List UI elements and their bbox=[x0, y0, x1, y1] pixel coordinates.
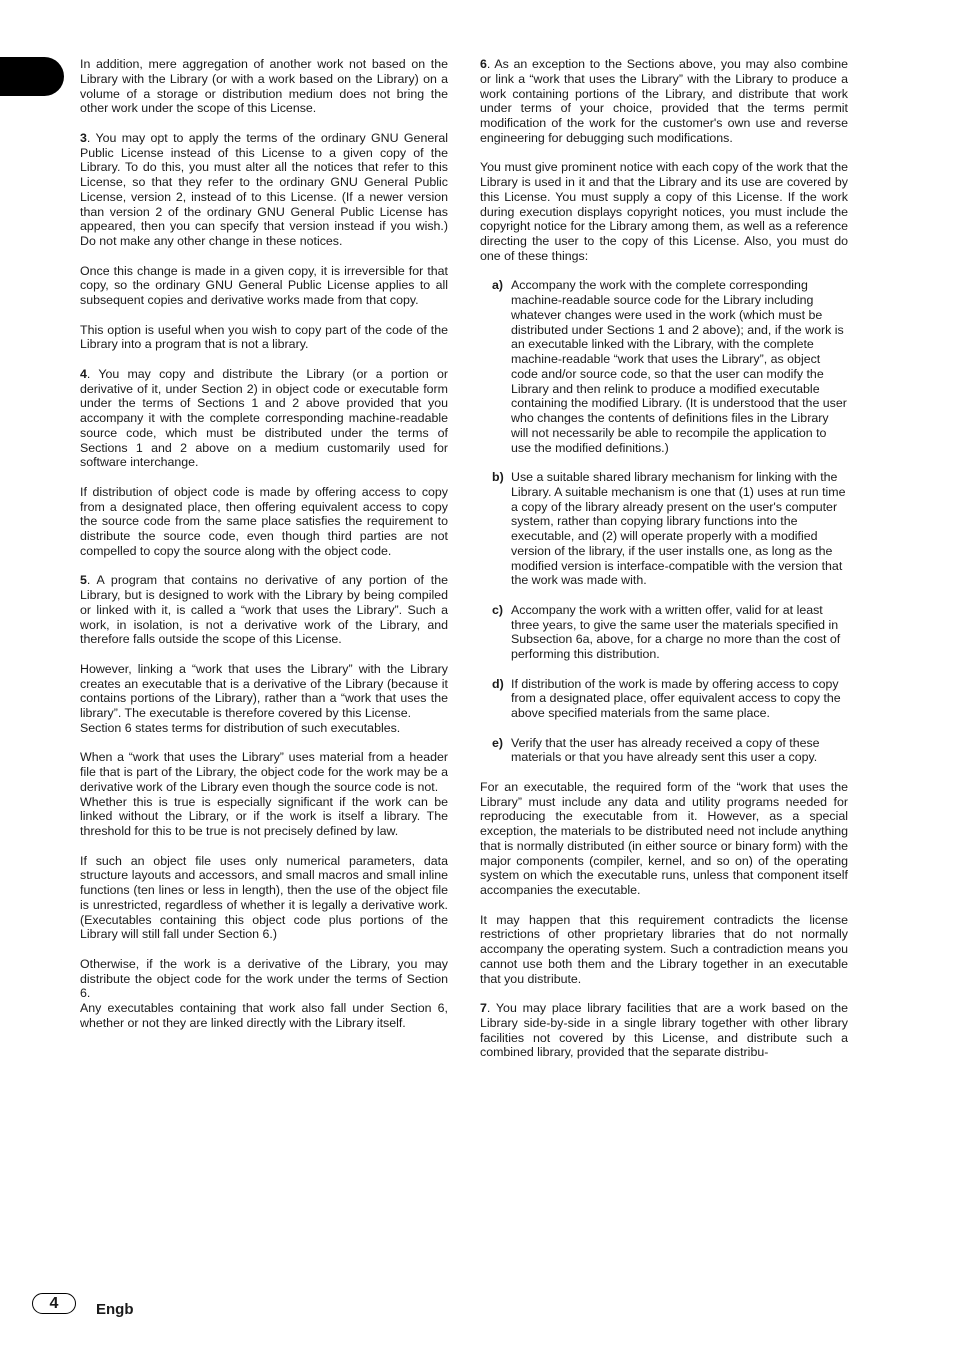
list-item-c: c) Accompany the work with a written off… bbox=[492, 603, 848, 662]
paragraph-whether: Whether this is true is especially signi… bbox=[80, 795, 448, 839]
page-number: 4 bbox=[50, 1295, 59, 1313]
list-label: d) bbox=[492, 677, 511, 721]
section-text: . As an exception to the Sections above,… bbox=[480, 57, 848, 145]
language-code: Engb bbox=[96, 1301, 134, 1318]
section-number: 6 bbox=[480, 57, 487, 71]
list-label: a) bbox=[492, 278, 511, 455]
paragraph-option: This option is useful when you wish to c… bbox=[80, 323, 448, 353]
paragraph-must-give: You must give prominent notice with each… bbox=[480, 160, 848, 263]
section-text: . You may copy and distribute the Librar… bbox=[80, 367, 448, 470]
list-item-d: d) If distribution of the work is made b… bbox=[492, 677, 848, 721]
section-5: 5. A program that contains no derivative… bbox=[80, 573, 448, 647]
section-number: 3 bbox=[80, 131, 87, 145]
paragraph-if-distribution: If distribution of object code is made b… bbox=[80, 485, 448, 559]
list-text: Accompany the work with the complete cor… bbox=[511, 278, 848, 455]
list-text: Use a suitable shared library mechanism … bbox=[511, 470, 848, 588]
paragraph-executable: For an executable, the required form of … bbox=[480, 780, 848, 898]
paragraph-aggregation: In addition, mere aggregation of another… bbox=[80, 57, 448, 116]
section-4: 4. You may copy and distribute the Libra… bbox=[80, 367, 448, 470]
section-number: 7 bbox=[480, 1001, 487, 1015]
paragraph-section6-note: Section 6 states terms for distribution … bbox=[80, 721, 448, 736]
list-text: If distribution of the work is made by o… bbox=[511, 677, 848, 721]
section-number: 4 bbox=[80, 367, 87, 381]
list-label: e) bbox=[492, 736, 511, 766]
paragraph-any-executables: Any executables containing that work als… bbox=[80, 1001, 448, 1031]
paragraph-otherwise: Otherwise, if the work is a derivative o… bbox=[80, 957, 448, 1001]
list-text: Verify that the user has already receive… bbox=[511, 736, 848, 766]
list-item-e: e) Verify that the user has already rece… bbox=[492, 736, 848, 766]
section-text: . You may place library facilities that … bbox=[480, 1001, 848, 1059]
right-column: 6. As an exception to the Sections above… bbox=[480, 57, 848, 1075]
list-label: b) bbox=[492, 470, 511, 588]
page-footer: 4 Engb bbox=[32, 1289, 134, 1318]
list-text: Accompany the work with a written offer,… bbox=[511, 603, 848, 662]
list-item-a: a) Accompany the work with the complete … bbox=[492, 278, 848, 455]
paragraph-however: However, linking a “work that uses the L… bbox=[80, 662, 448, 721]
paragraph-when: When a “work that uses the Library” uses… bbox=[80, 750, 448, 794]
section-text: . A program that contains no derivative … bbox=[80, 573, 448, 646]
section-6: 6. As an exception to the Sections above… bbox=[480, 57, 848, 146]
section-number: 5 bbox=[80, 573, 87, 587]
chapter-tab-marker bbox=[0, 57, 64, 96]
paragraph-once: Once this change is made in a given copy… bbox=[80, 264, 448, 308]
left-column: In addition, mere aggregation of another… bbox=[80, 57, 448, 1045]
paragraph-may-happen: It may happen that this requirement cont… bbox=[480, 913, 848, 987]
paragraph-if-such: If such an object file uses only numeric… bbox=[80, 854, 448, 943]
section-3: 3. You may opt to apply the terms of the… bbox=[80, 131, 448, 249]
list-label: c) bbox=[492, 603, 511, 662]
list-item-b: b) Use a suitable shared library mechani… bbox=[492, 470, 848, 588]
page-number-badge: 4 bbox=[32, 1293, 76, 1314]
section-text: . You may opt to apply the terms of the … bbox=[80, 131, 448, 248]
section-7: 7. You may place library facilities that… bbox=[480, 1001, 848, 1060]
